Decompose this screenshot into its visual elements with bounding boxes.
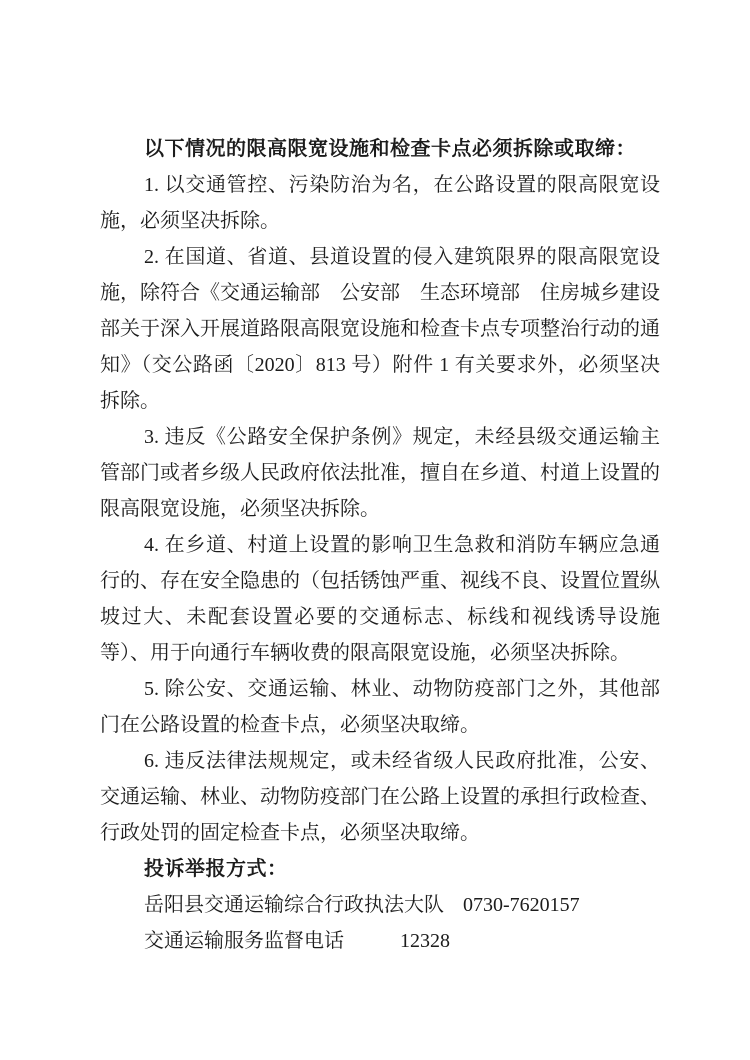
document-body: 以下情况的限高限宽设施和检查卡点必须拆除或取缔： 1. 以交通管控、污染防治为名… bbox=[100, 131, 660, 959]
policy-item-2: 2. 在国道、省道、县道设置的侵入建筑限界的限高限宽设施，除符合《交通运输部 公… bbox=[100, 239, 660, 419]
agency-name: 岳阳县交通运输综合行政执法大队 bbox=[144, 894, 444, 916]
section-heading: 以下情况的限高限宽设施和检查卡点必须拆除或取缔： bbox=[100, 131, 660, 167]
hotline-name: 交通运输服务监督电话 bbox=[144, 930, 344, 952]
policy-item-5: 5. 除公安、交通运输、林业、动物防疫部门之外，其他部门在公路设置的检查卡点，必… bbox=[100, 671, 660, 743]
agency-phone-number: 0730-7620157 bbox=[463, 894, 580, 916]
hotline-phone-number: 12328 bbox=[400, 930, 450, 952]
complaint-section-heading: 投诉举报方式： bbox=[100, 851, 660, 887]
policy-item-3: 3. 违反《公路安全保护条例》规定，未经县级交通运输主管部门或者乡级人民政府依法… bbox=[100, 419, 660, 527]
policy-item-1: 1. 以交通管控、污染防治为名，在公路设置的限高限宽设施，必须坚决拆除。 bbox=[100, 167, 660, 239]
contact-row-hotline: 交通运输服务监督电话12328 bbox=[100, 923, 660, 959]
policy-item-6: 6. 违反法律法规规定，或未经省级人民政府批准，公安、交通运输、林业、动物防疫部… bbox=[100, 743, 660, 851]
policy-item-4: 4. 在乡道、村道上设置的影响卫生急救和消防车辆应急通行的、存在安全隐患的（包括… bbox=[100, 527, 660, 671]
document-page: 以下情况的限高限宽设施和检查卡点必须拆除或取缔： 1. 以交通管控、污染防治为名… bbox=[0, 0, 750, 1060]
contact-row-enforcement: 岳阳县交通运输综合行政执法大队0730-7620157 bbox=[100, 887, 660, 923]
